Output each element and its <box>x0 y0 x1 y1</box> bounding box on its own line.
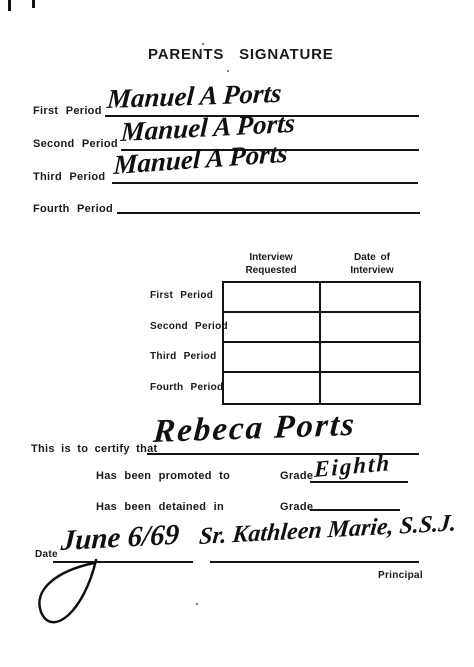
principal-signature-line <box>210 561 419 563</box>
date-of-interview-header: Date of Interview <box>336 252 408 277</box>
table-cell <box>321 343 419 373</box>
table-cell <box>224 283 321 313</box>
report-card-parents-signature-page: PARENTS SIGNATURE First Period Manuel A … <box>0 0 474 667</box>
table-row-label-second-period: Second Period <box>150 321 228 332</box>
fourth-period-signature-line <box>117 212 420 214</box>
table-row-label-first-period: First Period <box>150 290 213 301</box>
detained-grade-line <box>310 509 400 511</box>
student-name-signature: Rebeca Ports <box>152 407 357 451</box>
table-cell <box>224 343 321 373</box>
promoted-grade-label: Grade <box>280 470 313 482</box>
principal-label: Principal <box>378 570 423 581</box>
scan-speck <box>202 43 204 45</box>
interview-requested-header: Interview Requested <box>235 252 307 277</box>
third-period-label: Third Period <box>33 171 105 183</box>
detained-grade-label: Grade <box>280 501 313 513</box>
promoted-grade-value: Eighth <box>314 450 391 483</box>
promoted-label: Has been promoted to <box>96 470 230 482</box>
date-value-handwritten: June 6/69 <box>60 519 180 558</box>
table-cell <box>224 313 321 343</box>
interview-table <box>222 281 421 405</box>
scan-speck <box>227 70 229 72</box>
principal-signature: Sr. Kathleen Marie, S.S.J. <box>198 510 457 551</box>
table-cell <box>224 373 321 403</box>
scan-artifact-tick <box>8 0 11 11</box>
table-cell <box>321 373 419 403</box>
table-cell <box>321 313 419 343</box>
certify-label: This is to certify that <box>31 443 157 455</box>
scan-artifact-tick <box>32 0 35 8</box>
second-period-label: Second Period <box>33 138 118 150</box>
date-label: Date <box>35 549 58 560</box>
third-period-signature-line <box>112 182 418 184</box>
first-period-label: First Period <box>33 105 102 117</box>
date-line <box>53 561 193 563</box>
fourth-period-label: Fourth Period <box>33 203 113 215</box>
detained-label: Has been detained in <box>96 501 224 513</box>
page-title: PARENTS SIGNATURE <box>148 47 334 64</box>
table-row-label-fourth-period: Fourth Period <box>150 382 223 393</box>
scan-speck <box>196 603 198 605</box>
table-row-label-third-period: Third Period <box>150 351 217 362</box>
table-cell <box>321 283 419 313</box>
